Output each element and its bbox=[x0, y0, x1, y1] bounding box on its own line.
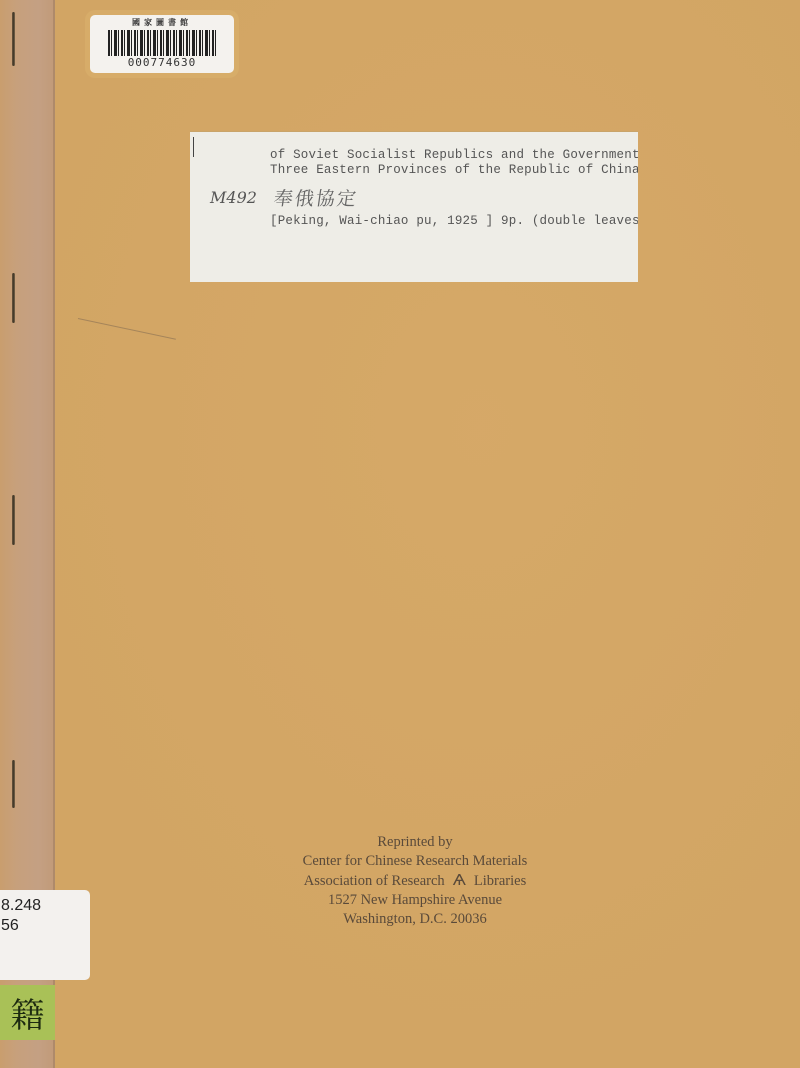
binding-staple bbox=[12, 760, 15, 808]
reprint-line: Reprinted by bbox=[260, 833, 570, 852]
catalog-slip: of Soviet Socialist Republics and the Go… bbox=[190, 131, 638, 282]
reprint-publisher: Center for Chinese Research Materials bbox=[260, 852, 570, 871]
category-tag: 籍 bbox=[0, 985, 55, 1040]
library-barcode-label: 國家圖書館 000774630 bbox=[90, 15, 234, 73]
arl-logo-icon: Ѧ bbox=[453, 871, 466, 890]
reprint-notice: Reprinted by Center for Chinese Research… bbox=[260, 833, 570, 929]
shelf-number: 8.248 bbox=[0, 890, 90, 916]
library-name: 國家圖書館 bbox=[90, 18, 234, 28]
slip-imprint: [Peking, Wai-chiao pu, 1925 ] 9p. (doubl… bbox=[270, 214, 638, 228]
category-character: 籍 bbox=[11, 988, 45, 1037]
slip-tick-mark bbox=[193, 137, 194, 157]
pencil-mark bbox=[78, 318, 176, 340]
binding-staple bbox=[12, 12, 15, 66]
reprint-association: Association of ResearchѦLibraries bbox=[260, 871, 570, 891]
shelf-label: 8.248 56 bbox=[0, 890, 90, 980]
slip-text-line: of Soviet Socialist Republics and the Go… bbox=[270, 148, 638, 162]
shelf-number-suffix: 56 bbox=[0, 916, 90, 936]
slip-text-line: Three Eastern Provinces of the Republic … bbox=[270, 163, 638, 177]
reprint-city: Washington, D.C. 20036 bbox=[260, 910, 570, 929]
binding-staple bbox=[12, 273, 15, 323]
binding-staple bbox=[12, 495, 15, 545]
handwritten-title: 奉俄協定 bbox=[272, 184, 360, 211]
book-cover: 國家圖書館 000774630 of Soviet Socialist Repu… bbox=[0, 0, 800, 1068]
slip-cut-text bbox=[520, 275, 638, 282]
handwritten-call-number: M492 bbox=[210, 188, 257, 207]
reprint-address: 1527 New Hampshire Avenue bbox=[260, 891, 570, 910]
barcode-icon bbox=[108, 30, 216, 56]
barcode-number: 000774630 bbox=[90, 56, 234, 69]
